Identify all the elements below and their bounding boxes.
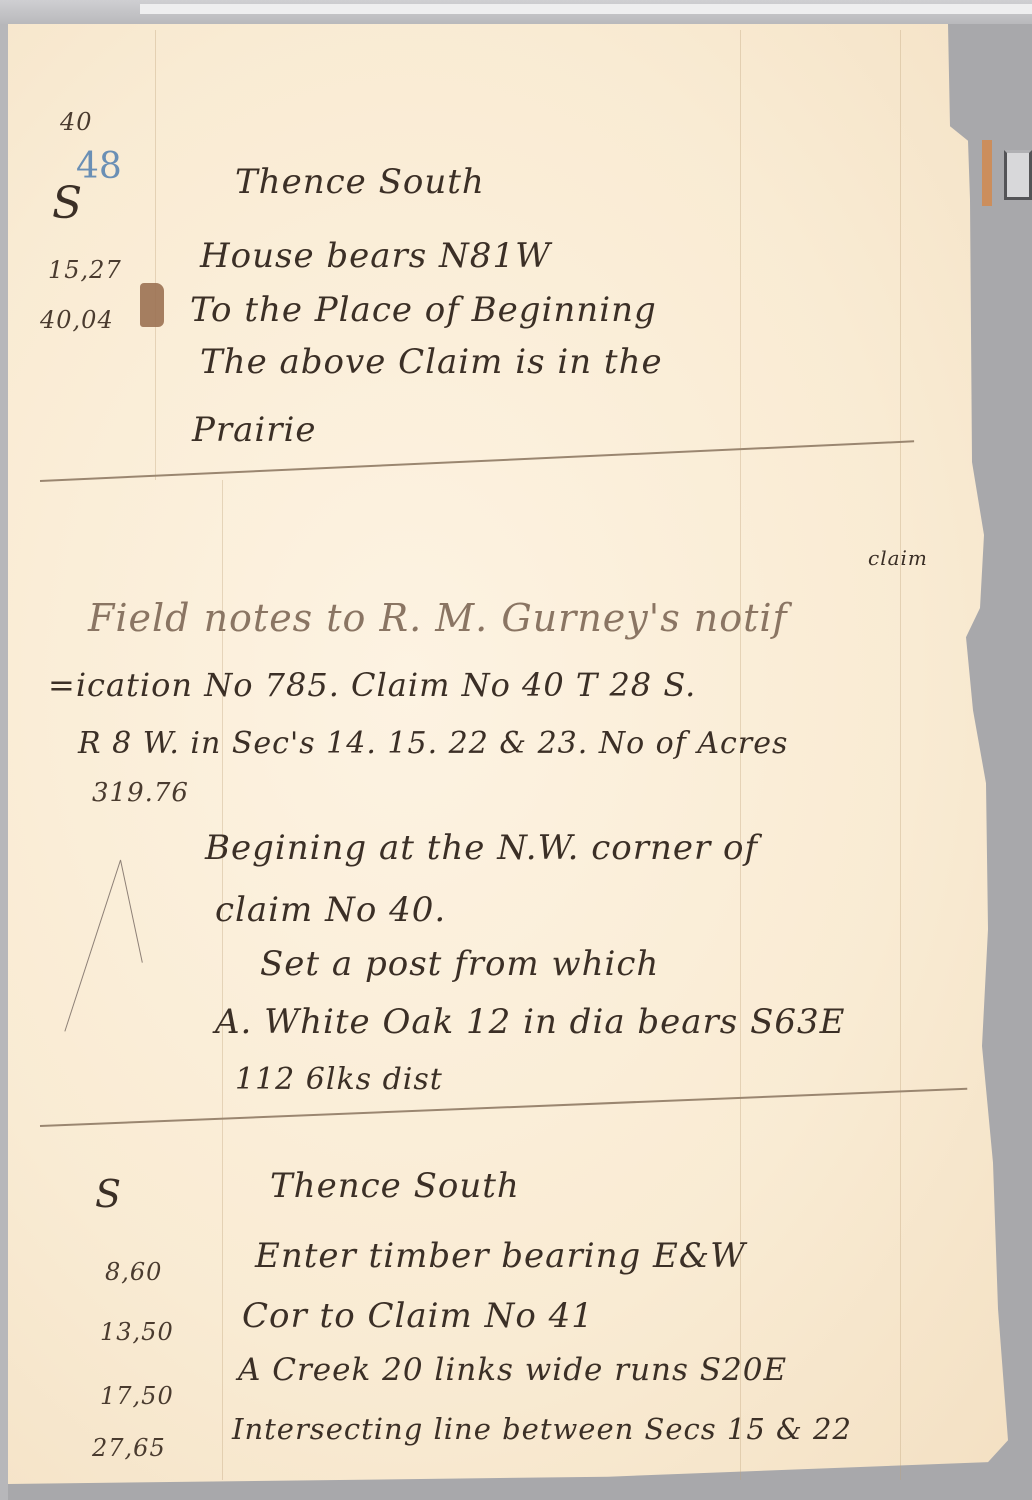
margin-rule-top xyxy=(155,30,156,480)
note-line: Intersecting line between Secs 15 & 22 xyxy=(232,1412,852,1446)
note-line: Thence South xyxy=(235,162,485,202)
note-line: Prairie xyxy=(192,410,317,450)
margin-value: 40 xyxy=(60,108,93,136)
heading-line: =ication No 785. Claim No 40 T 28 S. xyxy=(48,666,696,704)
margin-direction: S xyxy=(95,1172,122,1216)
heading-line: R 8 W. in Sec's 14. 15. 22 & 23. No of A… xyxy=(78,726,788,761)
binder-clip-icon xyxy=(1004,150,1032,200)
note-line: Cor to Claim No 41 xyxy=(242,1296,594,1336)
note-line: Set a post from which xyxy=(260,944,659,984)
margin-distance: 8,60 xyxy=(105,1258,162,1286)
margin-distance: 13,50 xyxy=(100,1318,174,1346)
insertion-note: claim xyxy=(868,546,928,570)
margin-direction: S xyxy=(52,178,83,229)
margin-distance: 15,27 xyxy=(48,256,122,284)
note-line: Begining at the N.W. corner of xyxy=(205,828,758,868)
heading-line: Field notes to R. M. Gurney's notif xyxy=(88,596,788,640)
acreage-value: 319.76 xyxy=(92,778,189,808)
margin-distance: 17,50 xyxy=(100,1382,174,1410)
note-line: claim No 40. xyxy=(215,890,446,930)
paper-stain xyxy=(140,283,164,327)
column-rule-far-right xyxy=(900,30,901,1480)
note-line: A Creek 20 links wide runs S20E xyxy=(238,1352,787,1388)
tape-residue xyxy=(982,140,992,206)
heading-line-text: Field notes to R. M. Gurney's notif xyxy=(88,596,788,640)
viewer-top-bar xyxy=(0,0,1032,24)
viewer-top-highlight xyxy=(140,4,1032,14)
note-line: Thence South xyxy=(270,1166,520,1206)
note-line: House bears N81W xyxy=(200,236,551,276)
note-line: 112 6lks dist xyxy=(235,1062,443,1097)
note-line: A. White Oak 12 in dia bears S63E xyxy=(215,1002,845,1042)
note-line: To the Place of Beginning xyxy=(190,290,657,330)
note-line: Enter timber bearing E&W xyxy=(255,1236,746,1276)
margin-distance: 27,65 xyxy=(92,1434,166,1462)
note-line: The above Claim is in the xyxy=(200,342,663,382)
viewer-left-edge xyxy=(0,24,8,1500)
margin-distance: 40,04 xyxy=(40,306,114,334)
